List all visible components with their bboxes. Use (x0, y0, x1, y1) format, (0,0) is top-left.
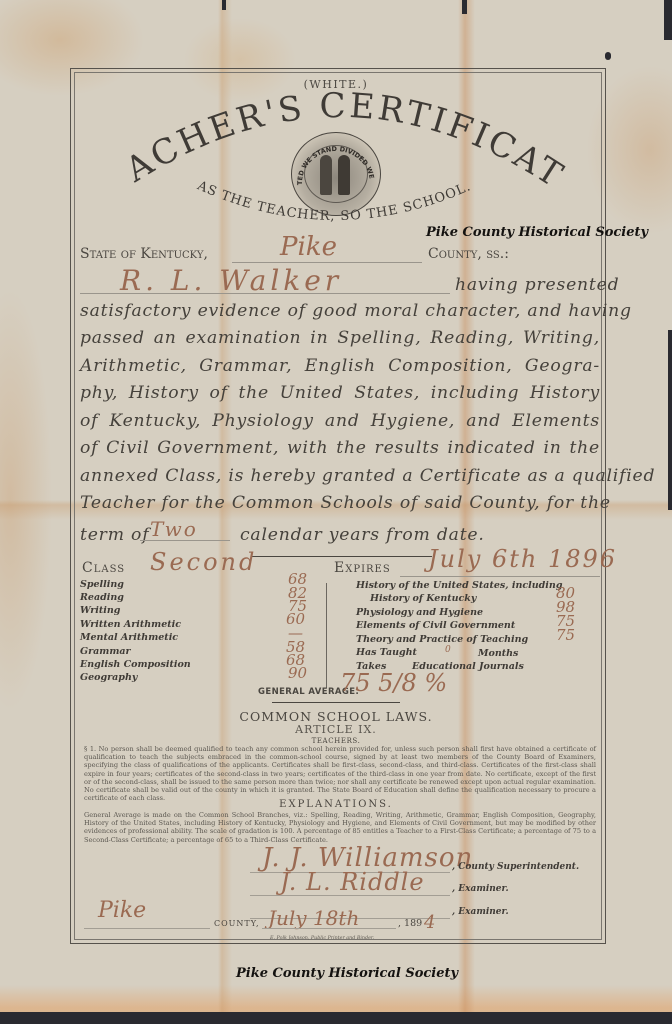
grade-score: 90 (288, 664, 307, 682)
paper-tear (668, 330, 672, 510)
certificate-body: . satisfactory evidence of good moral ch… (80, 270, 600, 518)
date-line (262, 928, 396, 929)
body-text-line: Teacher for the Common Schools of said C… (80, 490, 600, 518)
separator-line (272, 702, 400, 703)
county-word: COUNTY, (214, 919, 260, 928)
body-text-line: satisfactory evidence of good moral char… (80, 298, 600, 326)
body-text-line: of Civil Government, with the results in… (80, 435, 600, 463)
laws-article: ARTICLE IX. (0, 723, 672, 736)
body-text-line: passed an examination in Spelling, Readi… (80, 325, 600, 353)
grade-subject: Written Arithmetic (80, 619, 181, 630)
paper-hole (605, 52, 611, 60)
body-text-line: phy, History of the United States, inclu… (80, 380, 600, 408)
svg-text:UNITED WE STAND DIVIDED WE FAL: UNITED WE STAND DIVIDED WE FALL (292, 133, 376, 185)
laws-title: COMMON SCHOOL LAWS. (0, 709, 672, 724)
signature-line (250, 895, 450, 896)
paper-tear (462, 0, 467, 14)
grade-subject: Geography (80, 672, 137, 683)
separator-line (252, 556, 432, 557)
months-label: Months (478, 648, 518, 659)
issue-county-handwritten: Pike (98, 898, 146, 923)
grade-score: 75 (556, 626, 575, 644)
class-handwritten: Second (150, 548, 257, 576)
year-handwritten: 4 (424, 912, 435, 933)
expires-line (400, 576, 600, 577)
grade-subject: English Composition (80, 659, 191, 670)
state-label: State of Kentucky, (80, 246, 208, 262)
explanations-text: General Average is made on the Common Sc… (84, 811, 596, 844)
grade-subject: Theory and Practice of Teaching (356, 634, 528, 645)
grade-subject: History of Kentucky (370, 593, 476, 604)
grade-subject: Spelling (80, 579, 124, 590)
paper-tear (222, 0, 226, 10)
examiner-role: , Examiner. (452, 884, 509, 894)
county-handwritten: Pike (280, 232, 337, 262)
body-text-line: Arithmetic, Grammar, English Composition… (80, 353, 600, 381)
watermark-top: Pike County Historical Society (426, 225, 648, 240)
printer-credit: E. Polk Johnson, Public Printer and Bind… (270, 936, 374, 941)
grade-subject: Reading (80, 592, 124, 603)
certificate-paper: (WHITE.) TEACHER'S CERTIFICATE. UNITED W… (0, 0, 672, 1012)
laws-section: TEACHERS. (0, 737, 672, 745)
county-label: County, ss.: (428, 246, 509, 262)
class-label: Class (82, 560, 125, 576)
general-average-value: 75 5/8 % (340, 669, 447, 697)
expires-handwritten: July 6th 1896 (428, 545, 617, 573)
body-text-line: annexed Class, is hereby granted a Certi… (80, 463, 600, 491)
svg-text:“AS THE TEACHER, SO THE SCHOOL: “AS THE TEACHER, SO THE SCHOOL.” (190, 180, 473, 224)
grade-subject: Physiology and Hygiene (356, 607, 483, 618)
body-text-line: of Kentucky, Physiology and Hygiene, and… (80, 408, 600, 436)
county-line (232, 262, 422, 263)
examiner-role: , Examiner. (452, 907, 509, 917)
county-line (84, 928, 210, 929)
has-taught-value: 0 (445, 645, 451, 655)
term-handwritten: Two (150, 517, 198, 541)
grade-subject: Has Taught (356, 647, 417, 658)
paper-tear (664, 0, 672, 40)
explanations-title: EXPLANATIONS. (0, 799, 672, 810)
year-prefix: , 189 (398, 918, 422, 929)
grade-subject: Mental Arithmetic (80, 632, 178, 643)
grade-subject: Elements of Civil Government (356, 620, 515, 631)
watermark-bottom: Pike County Historical Society (236, 966, 458, 981)
term-line (140, 540, 230, 541)
grade-subject: Grammar (80, 646, 131, 657)
examiner-signature: J. L. Riddle (280, 868, 425, 896)
grade-subject: Writing (80, 605, 120, 616)
grade-subject: History of the United States, including (356, 580, 562, 591)
laws-text: § 1. No person shall be deemed qualified… (84, 745, 596, 802)
expires-label: Expires (334, 560, 391, 576)
grades-divider (326, 583, 327, 688)
issue-date-handwritten: July 18th (268, 906, 359, 930)
superintendent-role: , County Superintendent. (452, 862, 579, 872)
term-label: term of (80, 522, 149, 550)
